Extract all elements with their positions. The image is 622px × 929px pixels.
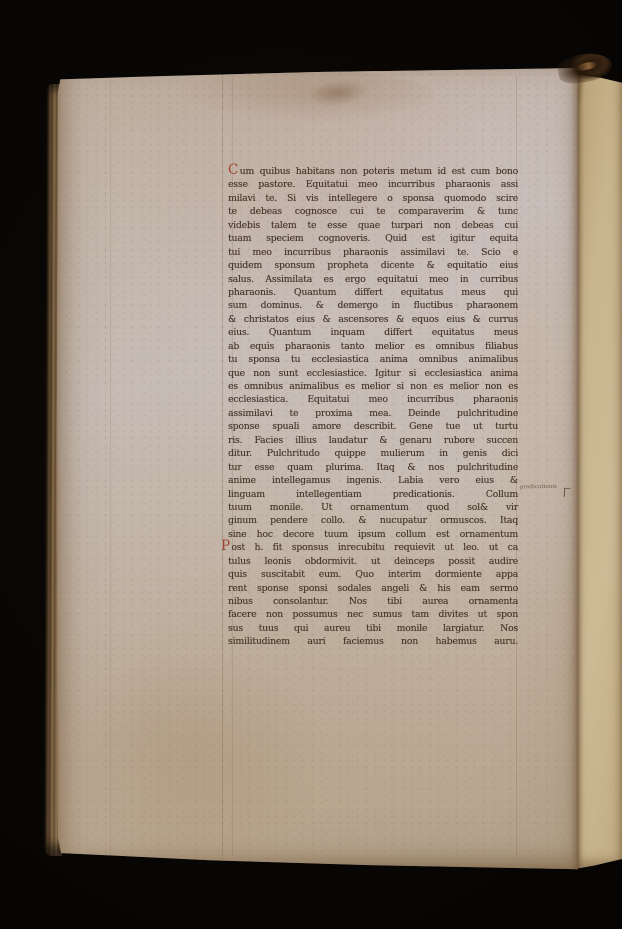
line-text: quis suscitabit eum. Quo interim dormien… (228, 569, 518, 580)
manuscript-text-line: sum dominus. & demergo in fluctibus phar… (228, 299, 518, 312)
manuscript-text-line: videbis talem te esse quae turpari non d… (228, 219, 518, 232)
text-block: Cum quibus habitans non poteris metum id… (228, 165, 518, 649)
line-text: facere non possumus nec sumus tam divite… (228, 609, 518, 620)
line-text: videbis talem te esse quae turpari non d… (228, 220, 518, 231)
line-text: milavi te. Si vis intellegere o sponsa q… (228, 193, 518, 204)
margin-mark (564, 488, 570, 497)
underleaf-fore-edge (576, 60, 622, 872)
line-text: tur esse quam plurima. Itaq & nos pulchr… (228, 462, 518, 473)
manuscript-text-line: ris. Facies illius laudatur & genaru rub… (228, 434, 518, 447)
manuscript-text-line: quis suscitabit eum. Quo interim dormien… (228, 568, 518, 581)
manuscript-text-line: ditur. Pulchritudo quippe mulierum in ge… (228, 447, 518, 460)
manuscript-text-line: tuum monile. Ut ornamentum quod sol& vir (228, 501, 518, 514)
manuscript-text-line: nibus consolantur. Nos tibi aurea orname… (228, 595, 518, 608)
manuscript-text-line: salus. Assimilata es ergo equitatui meo … (228, 273, 518, 286)
line-text: & christatos eius & ascensores & equos e… (228, 314, 518, 325)
manuscript-text-line: quidem sponsum propheta dicente & equita… (228, 259, 518, 272)
manuscript-text-line: sine hoc decore tuum ipsum collum est or… (228, 528, 518, 541)
line-text: tulus leonis obdormivit. ut deinceps pos… (228, 556, 518, 567)
manuscript-text-line: milavi te. Si vis intellegere o sponsa q… (228, 192, 518, 205)
line-text: pharaonis. Quantum differt equitatus meu… (228, 287, 518, 298)
line-text: es omnibus animalibus es melior si non e… (228, 381, 518, 392)
manuscript-text-line: esse pastore. Equitatui meo incurribus p… (228, 178, 518, 191)
manuscript-text-line: facere non possumus nec sumus tam divite… (228, 608, 518, 621)
manuscript-text-line: pharaonis. Quantum differt equitatus meu… (228, 286, 518, 299)
manuscript-text-line: rent sponse sponsi sodales angeli & his … (228, 582, 518, 595)
manuscript-text-line: sus tuus qui aureu tibi monile largiatur… (228, 622, 518, 635)
manuscript-text-line: ab equis pharaonis tanto melior es omnib… (228, 340, 518, 353)
manuscript-text-line: linguam intellegentiam predicationis. Co… (228, 488, 518, 501)
manuscript-text-line: Cum quibus habitans non poteris metum id… (228, 165, 518, 178)
parchment-smudge (306, 76, 369, 110)
line-text: ditur. Pulchritudo quippe mulierum in ge… (228, 448, 518, 459)
line-text: ab equis pharaonis tanto melior es omnib… (228, 341, 518, 352)
line-text: tuum monile. Ut ornamentum quod sol& vir (228, 502, 518, 513)
marginal-gloss: predicationis (520, 484, 566, 491)
line-text: sum dominus. & demergo in fluctibus phar… (228, 300, 518, 311)
manuscript-text-line: que non sunt ecclesiastice. Igitur si ec… (228, 367, 518, 380)
line-text: nibus consolantur. Nos tibi aurea orname… (228, 596, 518, 607)
line-text: ecclesiastica. Equitatui meo incurribus … (228, 394, 518, 405)
line-text: anime intellegamus ingenis. Labia vero e… (228, 475, 518, 486)
line-text: assimilavi te proxima mea. Deinde pulchr… (228, 408, 518, 419)
manuscript-text-line: eius. Quantum inquam differt equitatus m… (228, 326, 518, 339)
manuscript-text-line: assimilavi te proxima mea. Deinde pulchr… (228, 407, 518, 420)
line-text: similitudinem auri faciemus non habemus … (228, 636, 518, 647)
line-text: tu sponsa tu ecclesiastica anima omnibus… (228, 354, 518, 365)
manuscript-text-line: ginum pendere collo. & nucupatur ormusco… (228, 514, 518, 527)
rubric-initial: P (221, 538, 230, 554)
line-text: que non sunt ecclesiastice. Igitur si ec… (228, 368, 518, 379)
photo-background: Cum quibus habitans non poteris metum id… (0, 0, 622, 929)
parchment-stain (66, 654, 326, 864)
manuscript-text-line: tur esse quam plurima. Itaq & nos pulchr… (228, 461, 518, 474)
manuscript-text-line: similitudinem auri faciemus non habemus … (228, 635, 518, 648)
line-text: te debeas cognosce cui te comparaverim &… (228, 206, 518, 217)
line-text: esse pastore. Equitatui meo incurribus p… (228, 179, 518, 190)
line-text: sine hoc decore tuum ipsum collum est or… (228, 529, 518, 540)
line-text: tuam speciem cognoveris. Quid est igitur… (228, 233, 518, 244)
manuscript-text-line: Post h. fit sponsus inrecubitu requievit… (228, 541, 518, 554)
line-text: eius. Quantum inquam differt equitatus m… (228, 327, 518, 338)
line-text: ris. Facies illius laudatur & genaru rub… (228, 435, 518, 446)
line-text: linguam intellegentiam predicationis. Co… (228, 489, 518, 500)
line-text: quidem sponsum propheta dicente & equita… (228, 260, 518, 271)
line-text: rent sponse sponsi sodales angeli & his … (228, 583, 518, 594)
manuscript-text-line: tuam speciem cognoveris. Quid est igitur… (228, 232, 518, 245)
manuscript-text-line: ecclesiastica. Equitatui meo incurribus … (228, 393, 518, 406)
line-text: sus tuus qui aureu tibi monile largiatur… (228, 623, 518, 634)
ruling-line (222, 76, 223, 856)
manuscript-text-line: & christatos eius & ascensores & equos e… (228, 313, 518, 326)
parchment-stain (176, 70, 436, 122)
line-text: ginum pendere collo. & nucupatur ormusco… (228, 515, 518, 526)
manuscript-text-line: tulus leonis obdormivit. ut deinceps pos… (228, 555, 518, 568)
line-text: salus. Assimilata es ergo equitatui meo … (228, 274, 518, 285)
manuscript-text-line: te debeas cognosce cui te comparaverim &… (228, 205, 518, 218)
manuscript-text-line: sponse spuali amore describit. Gene tue … (228, 420, 518, 433)
ruling-line (110, 76, 111, 856)
manuscript-text-line: tu sponsa tu ecclesiastica anima omnibus… (228, 353, 518, 366)
line-text: ost h. fit sponsus inrecubitu requievit … (231, 542, 518, 553)
line-text: um quibus habitans non poteris metum id … (240, 166, 518, 177)
rubric-initial: C (228, 162, 238, 178)
manuscript-text-line: anime intellegamus ingenis. Labia vero e… (228, 474, 518, 487)
line-text: sponse spuali amore describit. Gene tue … (228, 421, 518, 432)
line-text: tui meo incurribus pharaonis assimilavi … (228, 247, 518, 258)
manuscript-text-line: tui meo incurribus pharaonis assimilavi … (228, 246, 518, 259)
manuscript-text-line: es omnibus animalibus es melior si non e… (228, 380, 518, 393)
manuscript-page: Cum quibus habitans non poteris metum id… (56, 64, 578, 870)
